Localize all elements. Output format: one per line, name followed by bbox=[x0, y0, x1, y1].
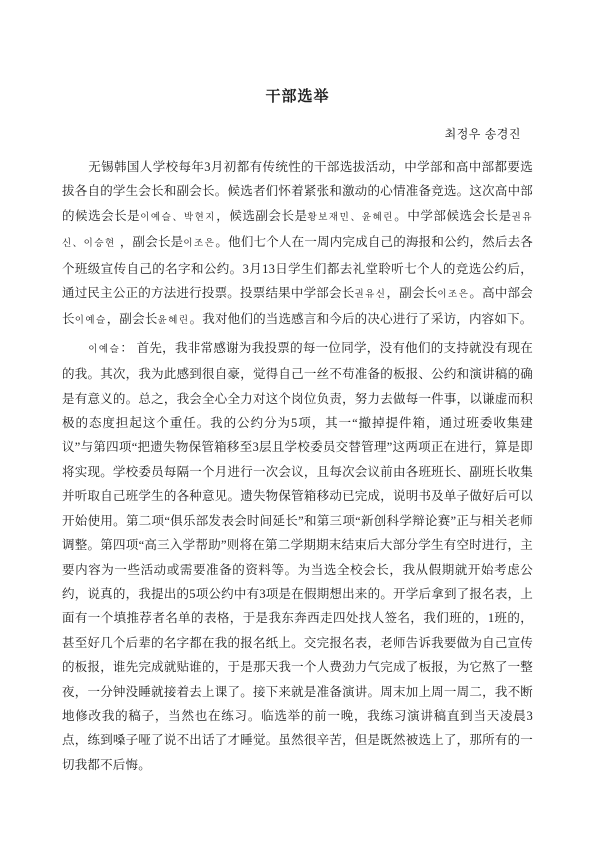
text-segment-cn: ： 首先，我非常感谢为我投票的每一位同学，没有他们的支持就没有现在的我。其次，我… bbox=[62, 341, 533, 772]
text-segment-kr: 이조은 bbox=[437, 289, 469, 300]
text-segment-kr: 이조은 bbox=[183, 238, 215, 249]
text-segment-kr: 권유신 bbox=[354, 289, 386, 300]
text-segment-cn: 。我对他们的当选感言和今后的决心进行了采访，内容如下。 bbox=[190, 312, 533, 326]
document-content: 干部选举 최정우 송경진 无锡韩国人学校每年3月初都有传统性的干部选拔活动，中学… bbox=[0, 0, 595, 777]
author-names: 최정우 송경진 bbox=[62, 126, 533, 142]
text-segment-kr: 이예슬 bbox=[75, 315, 107, 326]
text-segment-cn: 。中学部候选会长是 bbox=[394, 209, 512, 223]
text-segment-kr: 황보재민、윤혜린 bbox=[308, 212, 394, 223]
paragraph-intro: 无锡韩国人学校每年3月初都有传统性的干部选拔活动，中学部和高中部都要选拔各自的学… bbox=[62, 155, 533, 334]
page-title: 干部选举 bbox=[62, 86, 533, 108]
text-segment-cn: ，副会长是 bbox=[120, 235, 184, 249]
document-page: 干部选举 최정우 송경진 无锡韩国人学校每年3月初都有传统性的干部选拔活动，中学… bbox=[0, 0, 595, 842]
text-segment-cn: ，副会长 bbox=[386, 286, 437, 300]
text-segment-cn: ，候选副会长是 bbox=[216, 209, 308, 223]
text-segment-kr: 이예슬、박현지 bbox=[140, 212, 216, 223]
text-segment-cn: ，副会长 bbox=[107, 312, 158, 326]
text-segment-kr: 이예슬 bbox=[88, 344, 120, 355]
text-segment-kr: 윤혜린 bbox=[158, 315, 190, 326]
paragraph-interview: 이예슬： 首先，我非常感谢为我投票的每一位同学，没有他们的支持就没有现在的我。其… bbox=[62, 336, 533, 777]
